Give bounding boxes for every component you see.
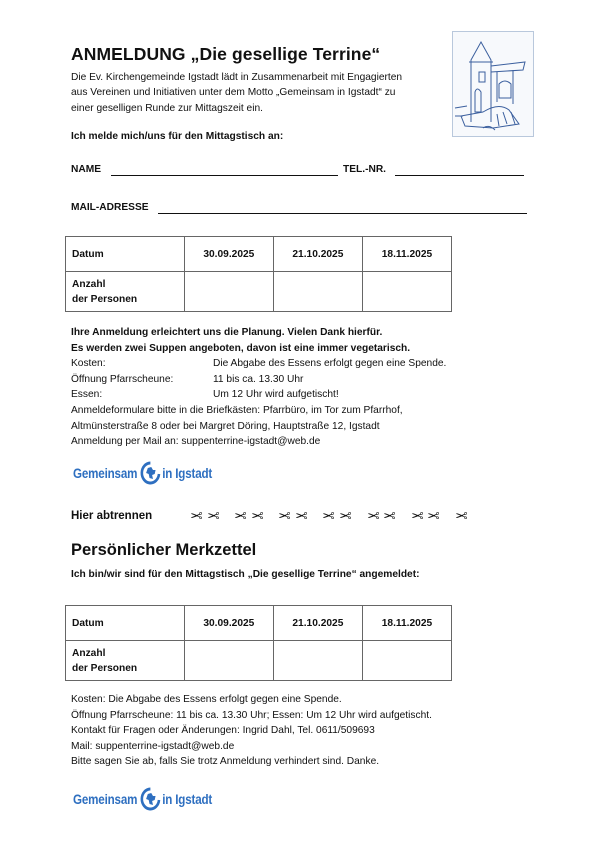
gemeinsam-logo: Gemeinsam in Igstadt <box>73 787 212 811</box>
scissors-icon: ✂ <box>186 507 203 525</box>
info-label: Kosten: <box>71 358 106 369</box>
info-row-costs: Kosten: Die Abgabe des Essens erfolgt ge… <box>71 356 410 372</box>
scissors-pair: ✂✂ <box>407 507 440 525</box>
scissors-pair: ✂✂ <box>186 507 219 525</box>
mail-field[interactable] <box>158 213 527 214</box>
intro-line: Die Ev. Kirchengemeinde Igstadt lädt in … <box>71 70 441 85</box>
intro-line: aus Vereinen und Initiativen unter dem M… <box>71 85 441 100</box>
persons-row-label: Anzahl der Personen <box>66 641 185 681</box>
scissors-pair: ✂✂ <box>230 507 263 525</box>
date-row-label: Datum <box>66 237 185 272</box>
footer-line: Bitte sagen Sie ab, falls Sie trotz Anme… <box>71 754 432 770</box>
logo-text-left: Gemeinsam <box>73 466 137 481</box>
scissors-icon: ✂ <box>230 507 247 525</box>
count-cell[interactable] <box>273 641 362 681</box>
footer-line: Kontakt für Fragen oder Änderungen: Ingr… <box>71 723 432 739</box>
globe-icon <box>140 787 161 811</box>
scissors-icon: ✂ <box>335 507 352 525</box>
footer-line: Mail: suppenterrine-igstadt@web.de <box>71 739 432 755</box>
scissors-row: ✂✂✂✂✂✂✂✂✂✂✂✂✂ <box>186 507 479 525</box>
info-row-food: Essen: Um 12 Uhr wird aufgetischt! <box>71 387 410 403</box>
info-line: Anmeldung per Mail an: suppenterrine-igs… <box>71 434 410 450</box>
date-cell: 30.09.2025 <box>184 606 273 641</box>
registration-table: Datum 30.09.2025 21.10.2025 18.11.2025 A… <box>65 236 452 312</box>
reminder-title: Persönlicher Merkzettel <box>71 541 256 560</box>
count-cell[interactable] <box>362 272 451 312</box>
logo-text-right: in Igstadt <box>162 466 212 481</box>
info-block: Ihre Anmeldung erleichtert uns die Planu… <box>71 325 410 450</box>
globe-icon <box>140 461 161 485</box>
info-line: Es werden zwei Suppen angeboten, davon i… <box>71 341 410 357</box>
gemeinsam-logo: Gemeinsam in Igstadt <box>73 461 212 485</box>
page-title: ANMELDUNG „Die gesellige Terrine“ <box>71 44 380 65</box>
table-row: Datum 30.09.2025 21.10.2025 18.11.2025 <box>66 606 452 641</box>
date-cell: 18.11.2025 <box>362 237 451 272</box>
table-row: Anzahl der Personen <box>66 641 452 681</box>
date-cell: 21.10.2025 <box>273 237 362 272</box>
scissors-pair: ✂✂ <box>318 507 351 525</box>
footer-line: Kosten: Die Abgabe des Essens erfolgt ge… <box>71 692 432 708</box>
intro-text: Die Ev. Kirchengemeinde Igstadt lädt in … <box>71 70 441 116</box>
info-label: Essen: <box>71 389 102 400</box>
table-row: Anzahl der Personen <box>66 272 452 312</box>
reminder-table: Datum 30.09.2025 21.10.2025 18.11.2025 A… <box>65 605 452 681</box>
registration-prompt: Ich melde mich/uns für den Mittagstisch … <box>71 131 283 142</box>
name-label: NAME <box>71 164 101 175</box>
scissors-pair: ✂ <box>451 507 468 525</box>
table-row: Datum 30.09.2025 21.10.2025 18.11.2025 <box>66 237 452 272</box>
persons-label-line: Anzahl <box>72 277 178 292</box>
cut-label: Hier abtrennen <box>71 510 186 522</box>
count-cell[interactable] <box>184 641 273 681</box>
scissors-icon: ✂ <box>318 507 335 525</box>
info-line: Anmeldeformulare bitte in die Briefkäste… <box>71 403 410 419</box>
mail-label: MAIL-ADRESSE <box>71 202 149 213</box>
date-row-label: Datum <box>66 606 185 641</box>
church-sketch-icon <box>452 31 534 137</box>
scissors-icon: ✂ <box>423 507 440 525</box>
scissors-icon: ✂ <box>247 507 264 525</box>
count-cell[interactable] <box>184 272 273 312</box>
info-label: Öffnung Pfarrscheune: <box>71 374 173 385</box>
scissors-icon: ✂ <box>274 507 291 525</box>
info-line: Altmünsterstraße 8 oder bei Margret Döri… <box>71 419 410 435</box>
count-cell[interactable] <box>273 272 362 312</box>
reminder-subtitle: Ich bin/wir sind für den Mittagstisch „D… <box>71 569 420 580</box>
info-value: 11 bis ca. 13.30 Uhr <box>213 372 303 388</box>
info-value: Um 12 Uhr wird aufgetischt! <box>213 387 339 403</box>
scissors-pair: ✂✂ <box>363 507 396 525</box>
scissors-icon: ✂ <box>291 507 308 525</box>
tel-label: TEL.-NR. <box>343 164 386 175</box>
info-row-opening: Öffnung Pfarrscheune: 11 bis ca. 13.30 U… <box>71 372 410 388</box>
persons-label-line: Anzahl <box>72 646 178 661</box>
persons-label-line: der Personen <box>72 292 178 307</box>
date-cell: 21.10.2025 <box>273 606 362 641</box>
scissors-icon: ✂ <box>363 507 380 525</box>
persons-label-line: der Personen <box>72 661 178 676</box>
scissors-icon: ✂ <box>451 507 468 525</box>
info-value: Die Abgabe des Essens erfolgt gegen eine… <box>213 356 446 372</box>
footer-line: Öffnung Pfarrscheune: 11 bis ca. 13.30 U… <box>71 708 432 724</box>
logo-text-left: Gemeinsam <box>73 792 137 807</box>
count-cell[interactable] <box>362 641 451 681</box>
intro-line: einer geselligen Runde zur Mittagszeit e… <box>71 101 441 116</box>
date-cell: 30.09.2025 <box>184 237 273 272</box>
logo-text-right: in Igstadt <box>162 792 212 807</box>
scissors-pair: ✂✂ <box>274 507 307 525</box>
scissors-icon: ✂ <box>203 507 220 525</box>
scissors-icon: ✂ <box>407 507 424 525</box>
persons-row-label: Anzahl der Personen <box>66 272 185 312</box>
footer-info: Kosten: Die Abgabe des Essens erfolgt ge… <box>71 692 432 770</box>
scissors-icon: ✂ <box>379 507 396 525</box>
date-cell: 18.11.2025 <box>362 606 451 641</box>
tel-field[interactable] <box>395 175 524 176</box>
name-field[interactable] <box>111 175 338 176</box>
info-line: Ihre Anmeldung erleichtert uns die Planu… <box>71 325 410 341</box>
cut-line: Hier abtrennen ✂✂✂✂✂✂✂✂✂✂✂✂✂ <box>71 507 479 525</box>
